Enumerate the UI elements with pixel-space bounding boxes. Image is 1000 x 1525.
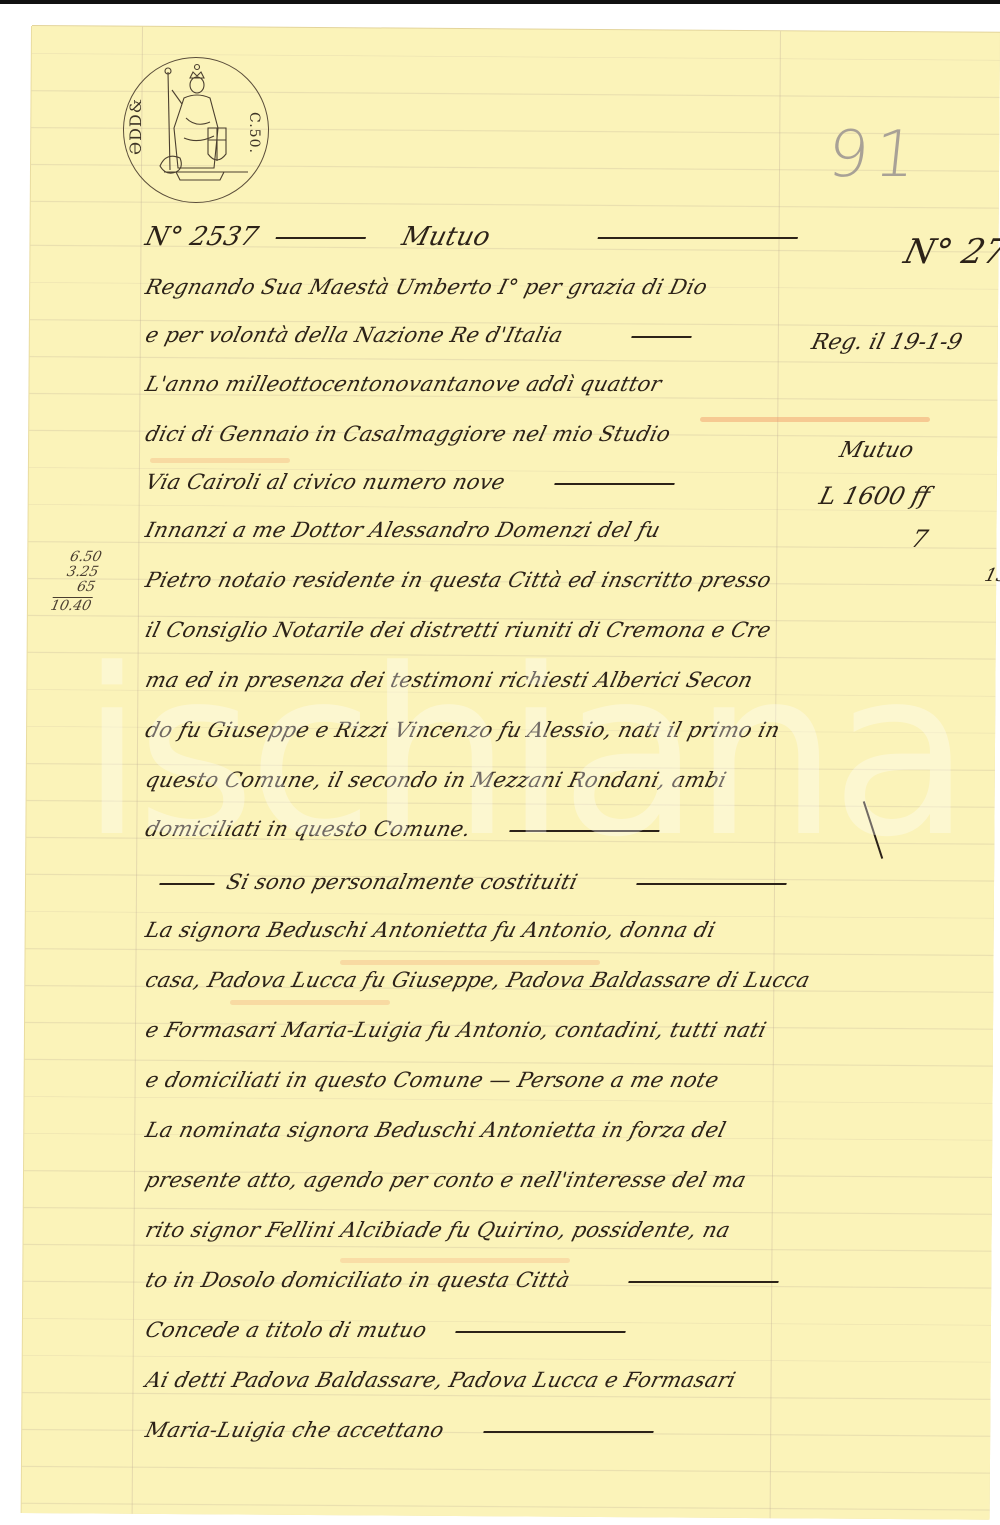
pencil-page-number: 91 — [824, 118, 925, 192]
revenue-stamp: ƏDD& C.50. — [123, 57, 269, 203]
loan-amount: L 1600 ff — [817, 482, 933, 510]
text-line: il Consiglio Notarile dei distretti riun… — [143, 618, 774, 642]
deed-header: N° 2537 Mutuo — [142, 222, 802, 252]
highlight-streak — [700, 417, 930, 422]
calc-row: 3.25 — [56, 565, 99, 580]
text-line: Pietro notaio residente in questa Città … — [143, 568, 774, 592]
text-line: casa, Padova Lucca fu Giuseppe, Padova B… — [143, 968, 812, 992]
scan-top-border — [0, 0, 1000, 4]
deed-title: Mutuo — [399, 222, 494, 252]
text-line: La nominata signora Beduschi Antonietta … — [143, 1118, 728, 1142]
text-line: L'anno milleottocentonovantanove addì qu… — [143, 372, 664, 396]
text-line: Maria-Luigia che accettano — [143, 1418, 657, 1442]
calc-row: 65 — [53, 580, 96, 595]
registration-date: Reg. il 19-1-9 — [809, 330, 965, 355]
text-line: Innanzi a me Dottor Alessandro Domenzi d… — [143, 518, 663, 542]
deed-number: N° 2537 — [142, 222, 261, 252]
margin-label-mutuo: Mutuo — [837, 438, 916, 463]
text-line: Regnando Sua Maestà Umberto I° per grazi… — [143, 275, 710, 299]
text-line: questo Comune, il secondo in Mezzani Ron… — [143, 768, 729, 792]
text-line: Concede a titolo di mutuo — [143, 1318, 629, 1342]
highlight-streak — [340, 960, 600, 965]
text-line: e domiciliati in questo Comune — Persone… — [143, 1068, 721, 1092]
highlight-streak — [230, 1000, 390, 1005]
text-line: dici di Gennaio in Casalmaggiore nel mio… — [143, 422, 673, 446]
calc-total: 10.40 — [49, 597, 93, 614]
text-line: Ai detti Padova Baldassare, Padova Lucca… — [143, 1368, 738, 1392]
text-line: rito signor Fellini Alcibiade fu Quirino… — [143, 1218, 733, 1242]
highlight-streak — [150, 458, 290, 463]
rule-dash — [276, 237, 366, 239]
text-line: presente atto, agendo per conto e nell'i… — [143, 1168, 749, 1192]
text-line: do fu Giuseppe e Rizzi Vincenzo fu Aless… — [143, 718, 782, 742]
text-line: ma ed in presenza dei testimoni richiest… — [143, 668, 755, 692]
text-line: e Formasari Maria-Luigia fu Antonio, con… — [143, 1018, 769, 1042]
stamp-left-text: ƏDD& — [126, 98, 145, 155]
highlight-streak — [340, 1258, 570, 1263]
calc-row: 6.50 — [60, 550, 103, 565]
margin-rule-right — [770, 31, 781, 1518]
text-line: e per volontà della Nazione Re d'Italia — [143, 323, 695, 347]
text-line: Via Cairoli al civico numero nove — [143, 470, 678, 494]
stamp-value: C.50. — [246, 112, 262, 154]
rule-dash — [598, 237, 798, 239]
text-line: La signora Beduschi Antonietta fu Antoni… — [143, 918, 718, 942]
text-line: to in Dosolo domiciliato in questa Città — [143, 1268, 782, 1292]
margin-rule-left — [132, 27, 143, 1514]
text-line: domiciliati in questo Comune. — [143, 817, 663, 841]
text-line: Si sono personalmente costituiti — [157, 870, 790, 894]
register-number: N° 277 — [900, 232, 1000, 272]
